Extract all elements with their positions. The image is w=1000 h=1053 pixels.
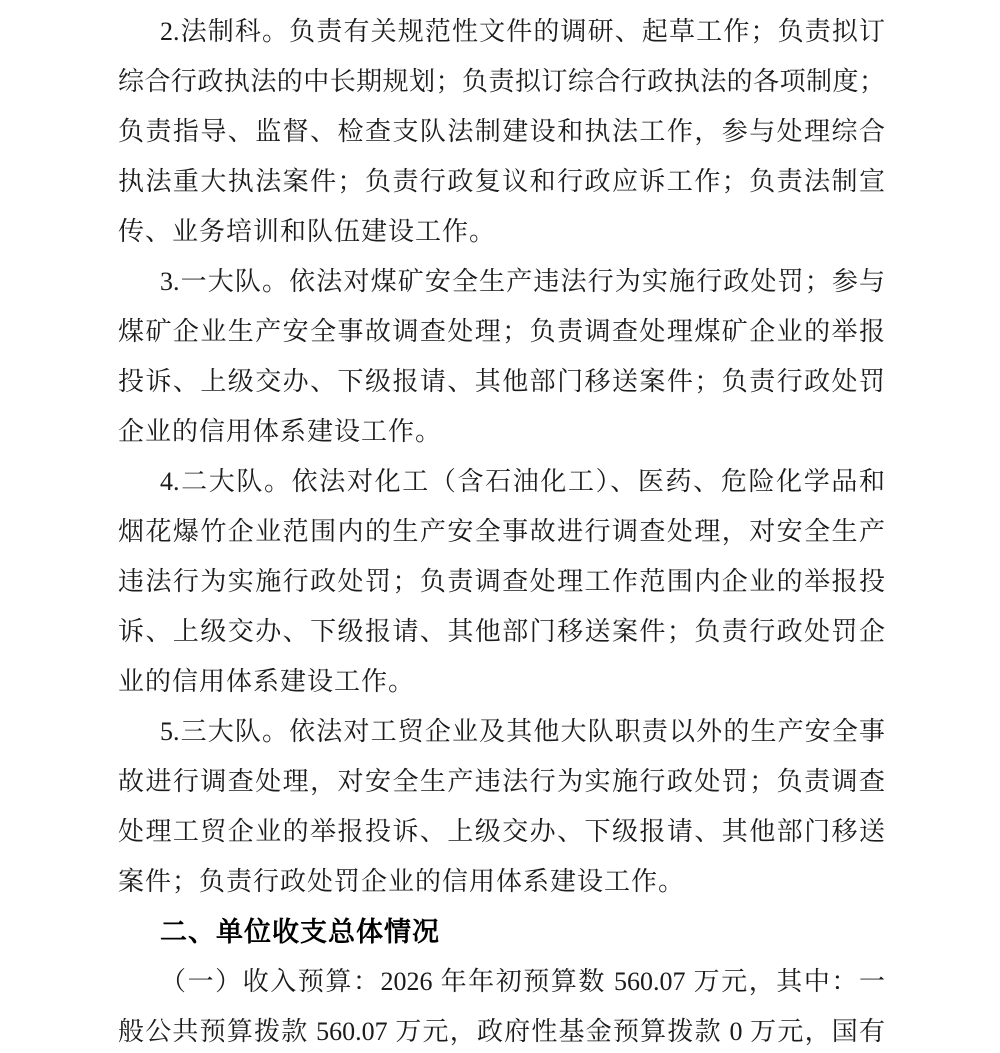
- paragraph-fazhike: 2.法制科。负责有关规范性文件的调研、起草工作；负责拟订 综合行政执法的中长期规…: [118, 7, 885, 257]
- text-line: 处理工贸企业的举报投诉、上级交办、下级报请、其他部门移送: [118, 807, 885, 857]
- text-line: 故进行调查处理，对安全生产违法行为实施行政处罚；负责调查: [118, 757, 885, 807]
- section-heading-budget-overview: 二、单位收支总体情况: [118, 907, 885, 957]
- text-line: 综合行政执法的中长期规划；负责拟订综合行政执法的各项制度；: [118, 57, 885, 107]
- text-line: 传、业务培训和队伍建设工作。: [118, 207, 885, 257]
- text-line: 案件；负责行政处罚企业的信用体系建设工作。: [118, 857, 885, 907]
- text-line: 违法行为实施行政处罚；负责调查处理工作范围内企业的举报投: [118, 557, 885, 607]
- text-line: 4.二大队。依法对化工（含石油化工）、医药、危险化学品和: [118, 457, 885, 507]
- text-line: （一）收入预算：2026 年年初预算数 560.07 万元，其中：一: [118, 957, 885, 1007]
- text-line: 企业的信用体系建设工作。: [118, 407, 885, 457]
- text-line: 烟花爆竹企业范围内的生产安全事故进行调查处理，对安全生产: [118, 507, 885, 557]
- paragraph-erdadui: 4.二大队。依法对化工（含石油化工）、医药、危险化学品和 烟花爆竹企业范围内的生…: [118, 457, 885, 707]
- text-line: 煤矿企业生产安全事故调查处理；负责调查处理煤矿企业的举报: [118, 307, 885, 357]
- text-line: 般公共预算拨款 560.07 万元，政府性基金预算拨款 0 万元，国有: [118, 1007, 885, 1053]
- paragraph-yidadui: 3.一大队。依法对煤矿安全生产违法行为实施行政处罚；参与 煤矿企业生产安全事故调…: [118, 257, 885, 457]
- text-line: 负责指导、监督、检查支队法制建设和执法工作，参与处理综合: [118, 107, 885, 157]
- text-line: 业的信用体系建设工作。: [118, 657, 885, 707]
- text-line: 2.法制科。负责有关规范性文件的调研、起草工作；负责拟订: [118, 7, 885, 57]
- text-line: 诉、上级交办、下级报请、其他部门移送案件；负责行政处罚企: [118, 607, 885, 657]
- paragraph-sandadui: 5.三大队。依法对工贸企业及其他大队职责以外的生产安全事 故进行调查处理，对安全…: [118, 707, 885, 907]
- text-line: 执法重大执法案件；负责行政复议和行政应诉工作；负责法制宣: [118, 157, 885, 207]
- paragraph-income-budget: （一）收入预算：2026 年年初预算数 560.07 万元，其中：一 般公共预算…: [118, 957, 885, 1053]
- text-line: 5.三大队。依法对工贸企业及其他大队职责以外的生产安全事: [118, 707, 885, 757]
- document-page: 2.法制科。负责有关规范性文件的调研、起草工作；负责拟订 综合行政执法的中长期规…: [0, 0, 1000, 1053]
- text-line: 3.一大队。依法对煤矿安全生产违法行为实施行政处罚；参与: [118, 257, 885, 307]
- text-line: 投诉、上级交办、下级报请、其他部门移送案件；负责行政处罚: [118, 357, 885, 407]
